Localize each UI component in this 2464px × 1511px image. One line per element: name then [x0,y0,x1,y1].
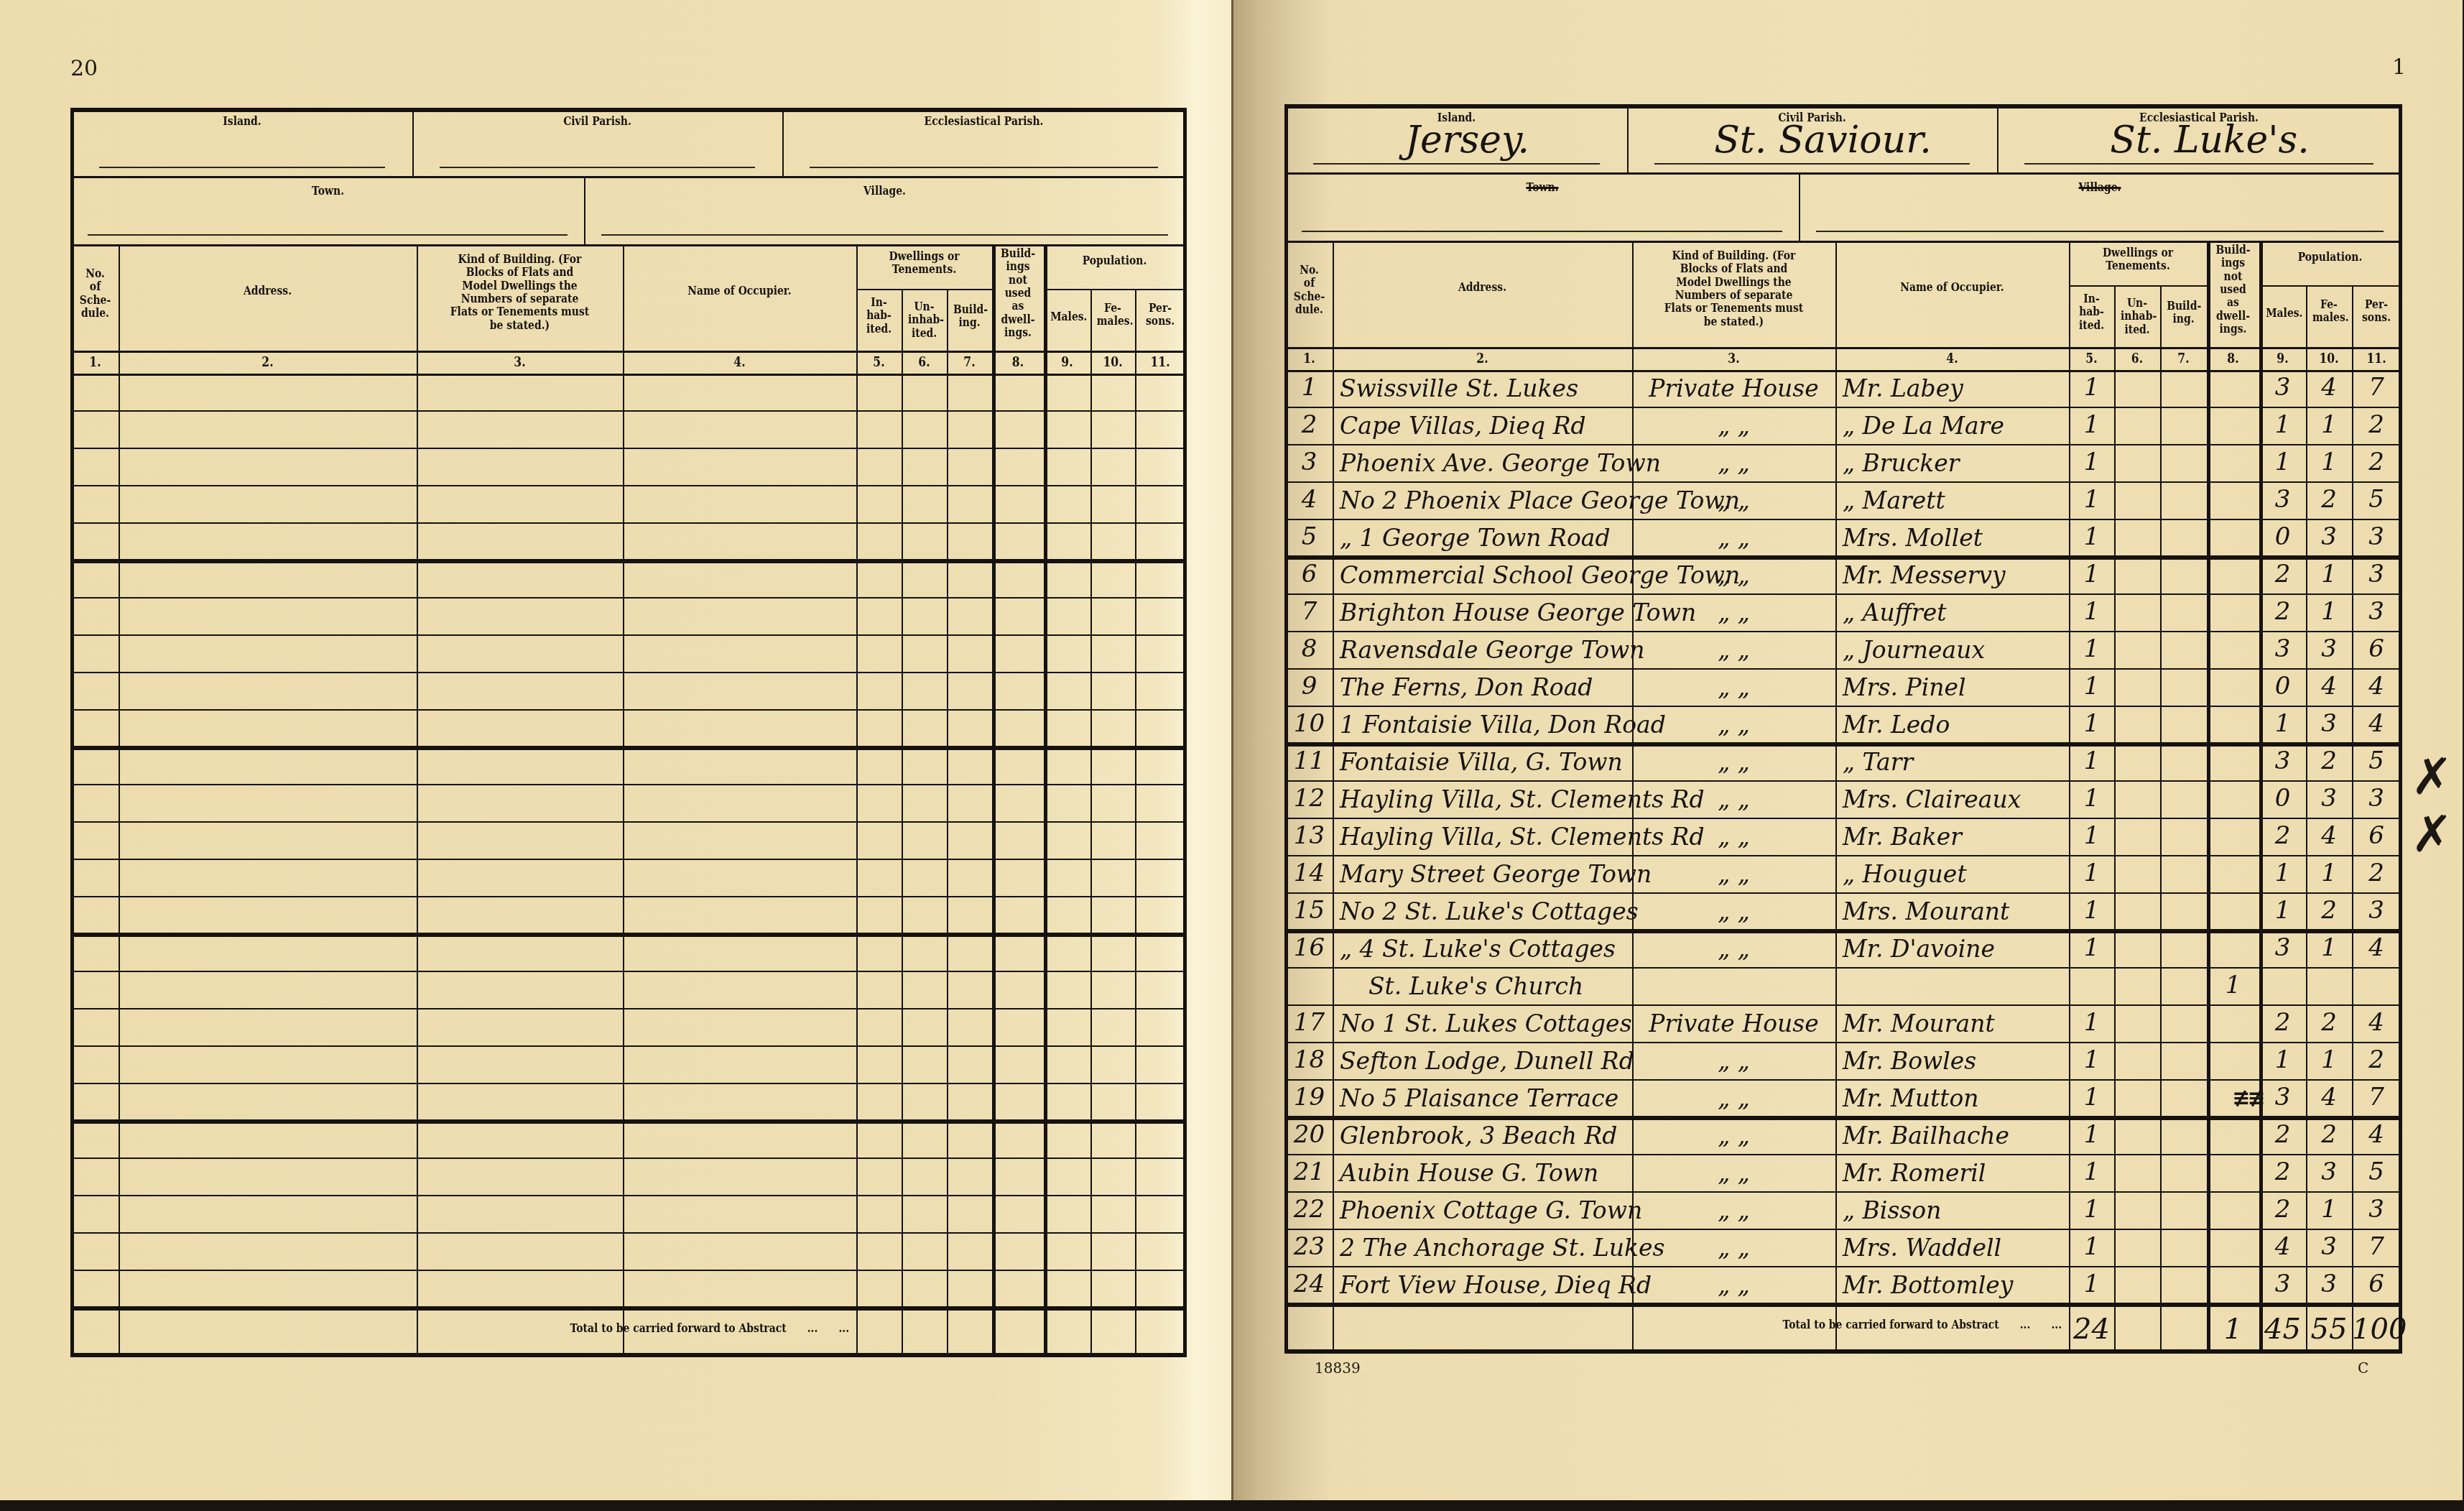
males-cell[interactable]: 2 [2259,1157,2306,1186]
males-cell[interactable]: 0 [2259,784,2306,813]
males-cell[interactable]: 3 [2259,747,2306,775]
occupier-name-cell[interactable]: Mr. Bottomley [1843,1271,2069,1299]
inhabited-cell[interactable]: 1 [2069,859,2114,887]
kind-of-building-cell[interactable]: „ „ [1632,1047,1835,1075]
females-cell[interactable]: 1 [2306,560,2352,588]
females-cell[interactable]: 3 [2306,522,2352,551]
kind-of-building-cell[interactable]: „ „ [1632,1159,1835,1187]
occupier-name-cell[interactable]: „ De La Mare [1843,412,2069,440]
males-header: Males. [1048,310,1086,323]
occupier-name-cell[interactable]: „ Journeaux [1843,636,2069,664]
column-number: 9. [2264,351,2302,366]
kind-of-building-cell[interactable]: „ „ [1632,524,1835,552]
table-row[interactable]: 4No 2 Phoenix Place George Town„ „„ Mare… [1286,482,2401,519]
males-cell[interactable]: 1 [2259,709,2306,738]
inhabited-cell[interactable]: 1 [2069,373,2114,402]
address-cell[interactable]: „ 4 St. Luke's Cottages [1340,935,1632,963]
schedule-number-cell[interactable]: 17 [1286,1008,1333,1037]
column-number: 5. [2073,351,2111,366]
males-cell[interactable]: 2 [2259,1195,2306,1224]
females-cell[interactable]: 2 [2306,896,2352,925]
males-cell[interactable]: 1 [2259,410,2306,439]
column-number: 2. [1360,351,1606,366]
header-rule [1286,172,2401,175]
schedule-number-cell[interactable]: 9 [1286,672,1333,701]
females-cell[interactable]: 3 [2306,1270,2352,1298]
females-cell[interactable]: 3 [2306,1232,2352,1261]
address-cell[interactable]: Fort View House, Dieq Rd [1340,1271,1632,1299]
occupier-name-cell[interactable]: Mrs. Waddell [1843,1234,2069,1262]
village-label: Village. [638,185,1131,198]
schedule-number-cell[interactable]: 23 [1286,1232,1333,1261]
schedule-number-cell[interactable]: 7 [1286,597,1333,626]
census-form-left: Island.Civil Parish.Ecclesiastical Paris… [72,108,1185,1351]
address-cell[interactable]: 2 The Anchorage St. Lukes [1340,1234,1632,1262]
inhabited-header: In-hab-ited. [861,296,898,336]
civil-parish-label: Civil Parish. [445,115,749,128]
schedule-number-cell[interactable]: 8 [1286,634,1333,663]
schedule-number-cell[interactable]: 11 [1286,747,1333,775]
occupier-name-cell[interactable]: „ Tarr [1843,748,2069,776]
persons-cell[interactable]: 4 [2352,1008,2401,1037]
persons-cell[interactable]: 5 [2352,747,2401,775]
occupier-name-cell[interactable]: Mr. Baker [1843,823,2069,851]
address-cell[interactable]: 1 Fontaisie Villa, Don Road [1340,711,1632,739]
right-page-number: 1 [2392,55,2406,80]
left-page-number: 20 [70,56,98,81]
persons-cell[interactable]: 7 [2352,1232,2401,1261]
males-cell[interactable]: 3 [2259,1270,2306,1298]
kind-of-building-cell[interactable]: „ „ [1632,897,1835,925]
males-cell[interactable]: 3 [2259,1083,2306,1112]
inhabited-cell[interactable]: 1 [2069,1045,2114,1074]
row-rule [72,896,1185,897]
kind-of-building-cell[interactable]: „ „ [1632,785,1835,813]
column-number: 3. [1650,351,1817,366]
kind-of-building-cell[interactable]: „ „ [1632,1271,1835,1299]
address-cell[interactable]: Sefton Lodge, Dunell Rd [1340,1047,1632,1075]
table-row[interactable]: 9The Ferns, Don Road„ „Mrs. Pinel1044 [1286,669,2401,706]
persons-cell[interactable]: 6 [2352,821,2401,850]
total-inhabited-cell[interactable]: 24 [2069,1313,2114,1346]
persons-cell[interactable]: 4 [2352,1120,2401,1149]
address-cell[interactable]: „ 1 George Town Road [1340,524,1632,552]
occupier-name-cell[interactable]: Mrs. Pinel [1843,673,2069,701]
inhabited-cell[interactable]: 1 [2069,522,2114,551]
persons-cell[interactable]: 6 [2352,634,2401,663]
kind-of-building-cell[interactable]: Private House [1632,1009,1835,1038]
females-cell[interactable]: 2 [2306,485,2352,514]
row-rule [72,1045,1185,1047]
address-cell[interactable]: No 1 St. Lukes Cottages [1340,1009,1632,1038]
males-cell[interactable]: 1 [2259,1045,2306,1074]
persons-cell[interactable]: 2 [2352,410,2401,439]
address-cell[interactable]: Glenbrook, 3 Beach Rd [1340,1122,1632,1150]
dwellings-group-rule [2069,285,2207,287]
males-cell[interactable]: 0 [2259,522,2306,551]
females-cell[interactable]: 1 [2306,859,2352,887]
village-label: Village. [1853,181,2346,194]
address-cell[interactable]: Hayling Villa, St. Clements Rd [1340,785,1632,813]
schedule-number-cell[interactable]: 5 [1286,522,1333,551]
table-row[interactable]: 15No 2 St. Luke's Cottages„ „Mrs. Mouran… [1286,893,2401,930]
header-divider [412,108,414,176]
row-rule [72,1157,1185,1159]
village-field-line [601,234,1168,236]
address-cell[interactable]: No 2 Phoenix Place George Town [1340,486,1632,514]
ecclesiastical-parish-label: Ecclesiastical Parish. [818,115,1149,128]
inhabited-cell[interactable]: 1 [2069,1083,2114,1112]
kind-of-building-cell[interactable]: „ „ [1632,561,1835,589]
table-row[interactable]: 21Aubin House G. Town„ „Mr. Romeril1235 [1286,1155,2401,1192]
table-row[interactable]: 1Swissville St. LukesPrivate HouseMr. La… [1286,370,2401,407]
total-males-cell[interactable]: 45 [2259,1313,2306,1346]
frame-top-rule [70,108,1187,112]
table-row[interactable]: 18Sefton Lodge, Dunell Rd„ „Mr. Bowles11… [1286,1043,2401,1080]
inhabited-cell[interactable]: 1 [2069,709,2114,738]
kind-of-building-cell[interactable]: „ „ [1632,823,1835,851]
males-cell[interactable]: 2 [2259,1008,2306,1037]
row-rule [72,821,1185,823]
females-header: Fe-males. [1095,302,1131,328]
table-row[interactable]: 14Mary Street George Town„ „„ Houguet111… [1286,856,2401,893]
column-number: 7. [951,355,988,370]
column-number: 5. [861,355,898,370]
total-label: Total to be carried forward to Abstract … [1710,1318,2062,1331]
kind-of-building-cell[interactable]: Private House [1632,374,1835,402]
row-rule [72,448,1185,449]
inhabited-cell[interactable]: 1 [2069,1232,2114,1261]
population-group-header: Population. [1057,254,1173,267]
table-row[interactable]: 2Cape Villas, Dieq Rd„ „„ De La Mare1112 [1286,407,2401,445]
males-cell[interactable]: 4 [2259,1232,2306,1261]
females-cell[interactable]: 1 [2306,410,2352,439]
persons-cell[interactable]: 3 [2352,896,2401,925]
females-cell[interactable]: 2 [2306,1120,2352,1149]
females-cell[interactable]: 2 [2306,1008,2352,1037]
frame-left-rule [70,108,74,1353]
total-not-dwellings-cell[interactable]: 1 [2207,1313,2259,1346]
schedule-number-cell[interactable]: 10 [1286,709,1333,738]
occupier-name-cell[interactable]: Mr. Ledo [1843,711,2069,739]
inhabited-cell[interactable]: 1 [2069,1120,2114,1149]
row-rule [72,597,1185,599]
kind-of-building-cell[interactable]: „ „ [1632,599,1835,627]
table-row[interactable]: St. Luke's Church1 [1286,968,2401,1005]
inhabited-cell[interactable]: 1 [2069,1270,2114,1298]
table-row[interactable]: 17No 1 St. Lukes CottagesPrivate HouseMr… [1286,1005,2401,1043]
persons-cell[interactable]: 7 [2352,1083,2401,1112]
females-cell[interactable]: 3 [2306,1157,2352,1186]
persons-cell[interactable]: 4 [2352,933,2401,962]
occupier-name-cell[interactable]: Mr. Bailhache [1843,1122,2069,1150]
address-cell[interactable]: Mary Street George Town [1340,860,1632,888]
persons-cell[interactable]: 2 [2352,859,2401,887]
column-number: 2. [145,355,389,370]
schedule-number-cell[interactable]: 3 [1286,448,1333,476]
occupier-name-cell[interactable]: Mrs. Mourant [1843,897,2069,925]
occupier-name-header: Name of Occupier. [644,285,835,297]
occupier-name-cell[interactable]: „ Bisson [1843,1196,2069,1224]
schedule-number-header: No. of Sche-dule. [1290,264,1328,316]
persons-cell[interactable]: 3 [2352,522,2401,551]
table-row[interactable]: 3Phoenix Ave. George Town„ „„ Brucker111… [1286,445,2401,482]
persons-cell[interactable]: 2 [2352,1045,2401,1074]
persons-cell[interactable]: 7 [2352,373,2401,402]
kind-of-building-cell[interactable]: „ „ [1632,1234,1835,1262]
males-cell[interactable]: 3 [2259,634,2306,663]
sheet-letter: C [2358,1359,2368,1377]
inhabited-cell[interactable]: 1 [2069,410,2114,439]
table-row[interactable]: 6Commercial School George Town„ „Mr. Mes… [1286,557,2401,594]
kind-of-building-cell[interactable]: „ „ [1632,935,1835,963]
inhabited-cell[interactable]: 1 [2069,896,2114,925]
address-cell[interactable]: Swissville St. Lukes [1340,374,1632,402]
address-cell[interactable]: No 2 St. Luke's Cottages [1340,897,1632,925]
inhabited-cell[interactable]: 1 [2069,560,2114,588]
row-rule [72,1008,1185,1009]
males-cell[interactable]: 3 [2259,933,2306,962]
schedule-number-cell[interactable]: 15 [1286,896,1333,925]
males-cell[interactable]: 1 [2259,859,2306,887]
not-dwellings-header: Build-ings not used as dwell-ings. [2212,244,2255,336]
table-row[interactable]: 20Glenbrook, 3 Beach Rd„ „Mr. Bailhache1… [1286,1117,2401,1155]
not-dwelling-cell[interactable]: 1 [2207,971,2259,999]
civil-parish-value[interactable]: St. Saviour. [1670,119,1976,162]
females-cell[interactable]: 3 [2306,709,2352,738]
schedule-number-cell[interactable]: 19 [1286,1083,1333,1112]
population-group-header: Population. [2272,251,2389,264]
schedule-number-cell[interactable]: 20 [1286,1120,1333,1149]
occupier-name-cell[interactable]: Mr. D'avoine [1843,935,2069,963]
inhabited-cell[interactable]: 1 [2069,485,2114,514]
kind-of-building-cell[interactable]: „ „ [1632,711,1835,739]
table-row[interactable]: 16„ 4 St. Luke's Cottages„ „Mr. D'avoine… [1286,930,2401,968]
kind-of-building-cell[interactable]: „ „ [1632,449,1835,477]
females-cell[interactable]: 1 [2306,448,2352,476]
row-rule [72,1306,1185,1311]
schedule-number-cell[interactable]: 14 [1286,859,1333,887]
persons-cell[interactable]: 3 [2352,1195,2401,1224]
occupier-name-cell[interactable]: „ Marett [1843,486,2069,514]
females-cell[interactable]: 4 [2306,373,2352,402]
kind-of-building-cell[interactable]: „ „ [1632,1196,1835,1224]
persons-cell[interactable]: 3 [2352,597,2401,626]
island-value[interactable]: Jersey. [1329,119,1606,162]
address-cell[interactable]: Brighton House George Town [1340,599,1632,627]
address-cell[interactable]: St. Luke's Church [1368,972,1661,1000]
row-rule [72,634,1185,636]
occupier-name-cell[interactable]: Mr. Messervy [1843,561,2069,589]
persons-cell[interactable]: 4 [2352,709,2401,738]
header-divider [584,176,585,244]
persons-cell[interactable]: 3 [2352,560,2401,588]
kind-of-building-cell[interactable]: „ „ [1632,860,1835,888]
table-row[interactable]: 7Brighton House George Town„ „„ Auffret1… [1286,594,2401,632]
kind-of-building-cell[interactable]: „ „ [1632,748,1835,776]
column-number: 8. [2212,351,2255,366]
row-rule [72,410,1185,412]
persons-cell[interactable]: 5 [2352,485,2401,514]
inhabited-cell[interactable]: 1 [2069,672,2114,701]
females-cell[interactable]: 2 [2306,747,2352,775]
males-cell[interactable]: 1 [2259,896,2306,925]
address-cell[interactable]: Commercial School George Town [1340,561,1632,589]
schedule-number-cell[interactable]: 22 [1286,1195,1333,1224]
kind-of-building-cell[interactable]: „ „ [1632,486,1835,514]
header-rule [72,176,1185,178]
address-cell[interactable]: No 5 Plaisance Terrace [1340,1084,1632,1112]
address-cell[interactable]: Hayling Villa, St. Clements Rd [1340,823,1632,851]
kind-of-building-cell[interactable]: „ „ [1632,1122,1835,1150]
address-cell[interactable]: Ravensdale George Town [1340,636,1632,664]
town-label: Town. [118,185,538,198]
header-divider [1997,104,1998,172]
address-cell[interactable]: Cape Villas, Dieq Rd [1340,412,1632,440]
row-rule [72,971,1185,972]
column-number: 11. [1139,355,1180,370]
table-row[interactable]: 11Fontaisie Villa, G. Town„ „„ Tarr1325 [1286,744,2401,781]
address-cell[interactable]: The Ferns, Don Road [1340,673,1632,701]
schedule-number-cell[interactable]: 24 [1286,1270,1333,1298]
males-cell[interactable]: 3 [2259,373,2306,402]
males-cell[interactable]: 3 [2259,485,2306,514]
females-cell[interactable]: 1 [2306,597,2352,626]
row-rule [72,1083,1185,1084]
table-row[interactable]: 13Hayling Villa, St. Clements Rd„ „Mr. B… [1286,818,2401,856]
kind-of-building-header: Kind of Building. (For Blocks of Flats a… [1650,249,1817,328]
inhabited-cell[interactable]: 1 [2069,634,2114,663]
inhabited-cell[interactable]: 1 [2069,821,2114,850]
schedule-number-cell[interactable]: 18 [1286,1045,1333,1074]
town-label: Town. [1332,181,1752,194]
persons-cell[interactable]: 3 [2352,784,2401,813]
table-row[interactable]: 8Ravensdale George Town„ „„ Journeaux133… [1286,632,2401,669]
males-cell[interactable]: 2 [2259,597,2306,626]
column-number: 7. [2164,351,2203,366]
females-cell[interactable]: 4 [2306,821,2352,850]
schedule-number-cell[interactable]: 13 [1286,821,1333,850]
females-cell[interactable]: 1 [2306,933,2352,962]
females-cell[interactable]: 4 [2306,672,2352,701]
males-cell[interactable]: 2 [2259,1120,2306,1149]
address-cell[interactable]: Aubin House G. Town [1340,1159,1632,1187]
inhabited-cell[interactable]: 1 [2069,597,2114,626]
column-header-rule [1286,347,2401,349]
island-label: Island. [103,115,382,128]
ecclesiastical-parish-field-line [2024,163,2373,165]
inhabited-cell[interactable]: 1 [2069,1157,2114,1186]
occupier-name-cell[interactable]: Mrs. Claireaux [1843,785,2069,813]
column-number: 11. [2356,351,2396,366]
address-cell[interactable]: Fontaisie Villa, G. Town [1340,748,1632,776]
uninhabited-header: Un-inhab-ited. [2118,297,2156,336]
inhabited-cell[interactable]: 1 [2069,747,2114,775]
occupier-name-cell[interactable]: Mr. Labey [1843,374,2069,402]
persons-cell[interactable]: 4 [2352,672,2401,701]
table-row[interactable]: 12Hayling Villa, St. Clements Rd„ „Mrs. … [1286,781,2401,818]
address-cell[interactable]: Phoenix Ave. George Town [1340,449,1632,477]
occupier-name-cell[interactable]: Mr. Romeril [1843,1159,2069,1187]
ecclesiastical-parish-value[interactable]: St. Luke's. [2040,119,2379,162]
inhabited-cell[interactable]: 1 [2069,784,2114,813]
column-number: 1. [1290,351,1328,366]
occupier-name-header: Name of Occupier. [1856,281,2048,294]
males-cell[interactable]: 2 [2259,560,2306,588]
table-row[interactable]: 22Phoenix Cottage G. Town„ „„ Bisson1213 [1286,1192,2401,1229]
females-cell[interactable]: 4 [2306,1083,2352,1112]
occupier-name-cell[interactable]: „ Auffret [1843,599,2069,627]
margin-cross-mark: ✗ [2411,805,2453,864]
row-rule [72,859,1185,860]
kind-of-building-cell[interactable]: „ „ [1632,1084,1835,1112]
column-number: 6. [906,355,943,370]
inhabited-cell[interactable]: 1 [2069,448,2114,476]
kind-of-building-cell[interactable]: „ „ [1632,412,1835,440]
inhabited-cell[interactable]: 1 [2069,1195,2114,1224]
females-cell[interactable]: 3 [2306,634,2352,663]
island-field-line [1313,163,1600,165]
building-header: Build-ing. [951,303,988,330]
males-cell[interactable]: 0 [2259,672,2306,701]
population-group-rule [1044,289,1185,290]
inhabited-cell[interactable]: 1 [2069,933,2114,962]
inhabited-cell[interactable]: 1 [2069,1008,2114,1037]
males-cell[interactable]: 1 [2259,448,2306,476]
occupier-name-cell[interactable]: Mr. Bowles [1843,1047,2069,1075]
table-row[interactable]: 5„ 1 George Town Road„ „Mrs. Mollet1033 [1286,519,2401,557]
table-row[interactable]: 101 Fontaisie Villa, Don Road„ „Mr. Ledo… [1286,706,2401,744]
table-row[interactable]: 19No 5 Plaisance Terrace„ „Mr. Mutton1≢≢… [1286,1080,2401,1117]
females-cell[interactable]: 1 [2306,1195,2352,1224]
females-cell[interactable]: 3 [2306,784,2352,813]
occupier-name-cell[interactable]: „ Brucker [1843,449,2069,477]
females-cell[interactable]: 1 [2306,1045,2352,1074]
occupier-name-cell[interactable]: Mr. Mourant [1843,1009,2069,1038]
total-females-cell[interactable]: 55 [2306,1313,2352,1346]
village-field-line [1816,231,2384,232]
males-cell[interactable]: 2 [2259,821,2306,850]
table-row[interactable]: 24Fort View House, Dieq Rd„ „Mr. Bottoml… [1286,1267,2401,1304]
schedule-number-cell[interactable]: 4 [1286,485,1333,514]
kind-of-building-cell[interactable]: „ „ [1632,673,1835,701]
row-rule [72,709,1185,711]
schedule-number-cell[interactable]: 2 [1286,410,1333,439]
kind-of-building-cell[interactable]: „ „ [1632,636,1835,664]
civil-parish-field-line [440,167,755,168]
occupier-name-cell[interactable]: Mrs. Mollet [1843,524,2069,552]
schedule-number-cell[interactable]: 16 [1286,933,1333,962]
persons-cell[interactable]: 5 [2352,1157,2401,1186]
table-row[interactable]: 232 The Anchorage St. Lukes„ „Mrs. Wadde… [1286,1229,2401,1267]
schedule-number-cell[interactable]: 12 [1286,784,1333,813]
persons-cell[interactable]: 6 [2352,1270,2401,1298]
schedule-number-cell[interactable]: 6 [1286,560,1333,588]
persons-cell[interactable]: 2 [2352,448,2401,476]
total-persons-cell[interactable]: 100 [2352,1313,2401,1346]
town-field-line [1302,231,1782,232]
schedule-number-cell[interactable]: 1 [1286,373,1333,402]
address-header: Address. [145,285,389,297]
book-spine [1231,0,1233,1500]
row-rule [72,1195,1185,1196]
schedule-number-cell[interactable]: 21 [1286,1157,1333,1186]
occupier-name-cell[interactable]: Mr. Mutton [1843,1084,2069,1112]
occupier-name-cell[interactable]: „ Houguet [1843,860,2069,888]
address-cell[interactable]: Phoenix Cottage G. Town [1340,1196,1632,1224]
uninhabited-header: Un-inhab-ited. [906,300,943,340]
column-number: 3. [435,355,604,370]
